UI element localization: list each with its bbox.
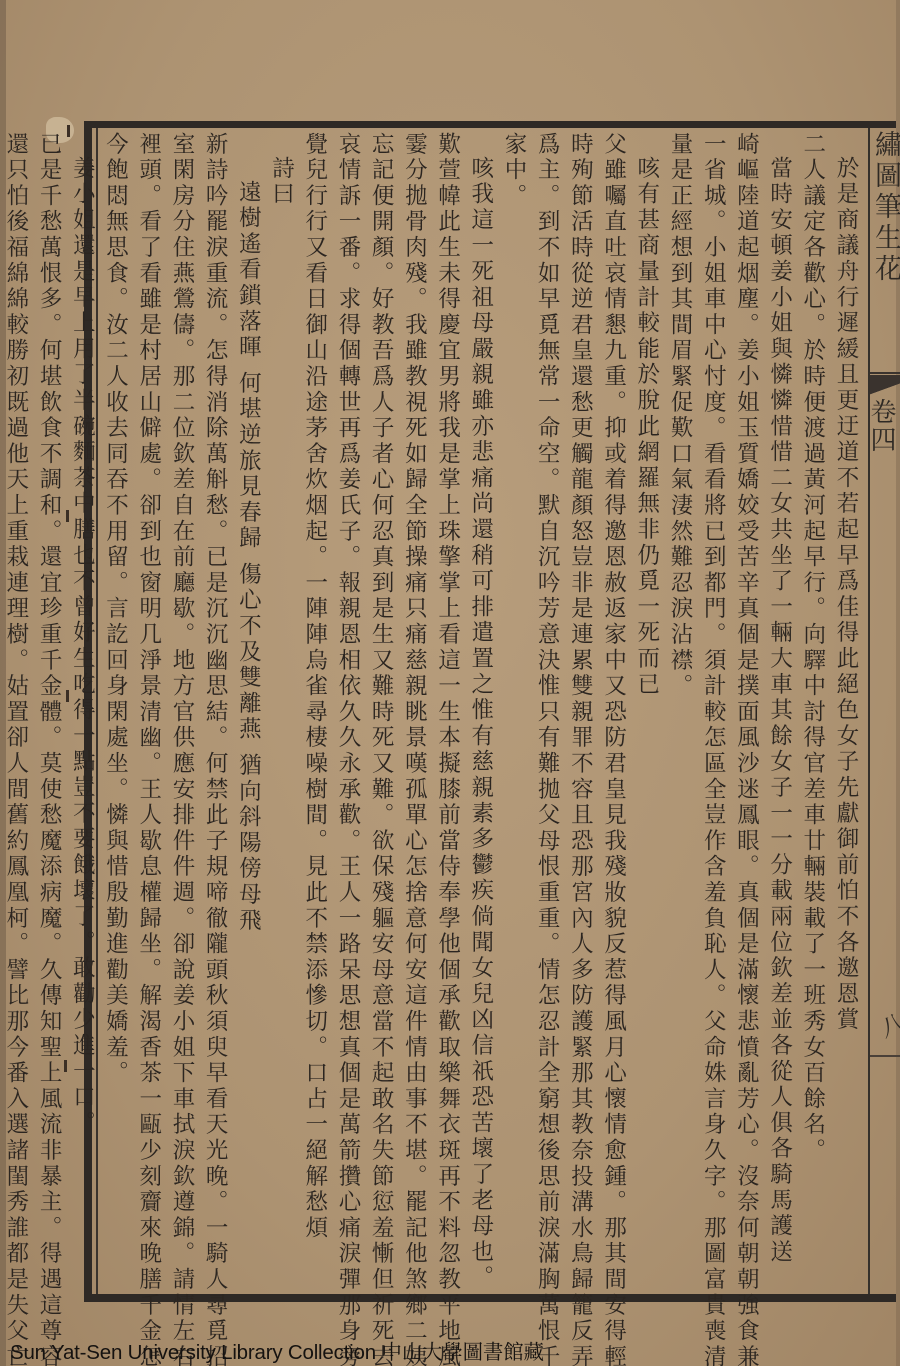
text-column: 一省城。小姐車中心忖度。看看將已到都門。須計較怎區全豈作含羞負恥人。父命姝言身久…	[696, 132, 729, 1297]
library-collection-caption: Sun Yat-Sen University Library Collectio…	[10, 1335, 544, 1365]
text-column: 爲主。到不如早覓無常一命空。默自沉吟芳意決惟只有難拋父母恨重重。情怎忍計全窮想後…	[530, 132, 563, 1297]
text-column: 量是正經想到其間眉緊促歎口氣淒然難忍淚沾襟。	[663, 132, 696, 1297]
banxin-divider	[870, 1055, 900, 1057]
text-column: 二人議定各歡心。於時便渡過黃河起早行。向驛中討得官差車廿輛裝載了一班秀女百餘名。	[796, 132, 829, 1297]
text-column: 覺兒行行又看日御山沿途茅舍炊烟起。一陣陣烏雀尋棲噪樹間。見此不禁添慘切。口占一絕…	[298, 132, 331, 1297]
text-column: 崎嶇陸道起烟塵。姜小姐玉質嬌姣受苦辛真個是撲面風沙迷鳳眼。真個是滿懷悲憤亂芳心。…	[729, 132, 762, 1297]
text-column: 咳我這一死祖母嚴親雖亦悲痛尚還稍可排遣置之惟有慈親素多鬱疾倘聞女兒凶信祇恐苦壞了…	[464, 132, 497, 1297]
text-column: 哀情訴一番。求得個轉世再爲姜氏子。報親恩相依久久永承歡。王人一路呆思想真個是萬箭…	[331, 132, 364, 1297]
text-column: 霎分拋骨肉殘。我雖教視死如歸全節操痛只痛慈親眺景嘆孤單心怎捨意何安這件情由事不堪…	[397, 132, 430, 1297]
text-column: 遠樹遙看鎖落暉 何堪逆旅見春歸 傷心不及雙離燕 猶向斜陽傍母飛	[231, 132, 264, 1297]
main-text-body: 於是商議舟行遲緩且更迂道不若起早爲佳得此絕色女子先獻御前怕不各邀恩賞二人議定各歡…	[100, 132, 862, 1297]
text-column: 已是千愁萬恨多。何堪飲食不調和。還宜珍重千金體。莫使愁魔添病魔。久傳知聖上風流非…	[32, 132, 65, 1297]
fish-tail-line	[870, 372, 900, 374]
text-column: 父雖囑直吐哀情懇九重。抑或着得邀恩赦返家中又恐防君皇見我殘妝貌反惹得風月心懷情愈…	[596, 132, 629, 1297]
text-column: 當時安頓姜小姐與憐憐惜惜二女共坐了一輛大車其餘女子一一分載兩位欽差並各從人俱各騎…	[762, 132, 795, 1297]
volume-label: 卷四	[872, 398, 900, 454]
book-title: 繡圖筆生花	[870, 130, 900, 285]
text-column: 忘記便開顏。好教吾爲人子者心何忍真到是生又難時死又難。欲保殘軀安母意當不起敢名失…	[364, 132, 397, 1297]
text-column: 今飽悶無思食。汝二人收去同吞不用留。言訖回身閑處坐。憐與惜殷勤進勸美嬌羞。	[98, 132, 131, 1297]
text-column: 時殉節活時從逆君皇還愁更觸龍顏怒豈非是連累雙親罪不容且恐那宮內人多防護緊那其教奈…	[563, 132, 596, 1297]
text-column: 姜小姐還是早上用了半碗麵茶中膳也不曾好生吃得一點豈不要餓壞了。敢勸少進一口。	[65, 132, 98, 1297]
text-column: 於是商議舟行遲緩且更迂道不若起早爲佳得此絕色女子先獻御前怕不各邀恩賞	[829, 132, 862, 1297]
text-column: 咳有甚商量計較能於脫此網羅無非仍覓一死而已	[630, 132, 663, 1297]
text-column: 新詩吟罷淚重流。怎得消除萬斛愁。已是沉沉幽思結。何禁此子規啼徹隴頭秋須臾早看天光…	[198, 132, 231, 1297]
text-column: 室閑房分住燕鶯儔。那二位欽差自在前廳歇。地方官供應安排件件週。卻說姜小姐下車拭淚…	[165, 132, 198, 1297]
text-column: 還只怕後福綿綿較勝初既過他天上重栽連理樹。姑置卻人間舊約鳳凰柯。譬比那今番入選諸…	[0, 132, 32, 1297]
text-column: 歎萱幃此生未得慶宜男將我是掌上珠擎掌上看這一生本擬膝前當侍奉學他個承歡取樂舞衣斑…	[430, 132, 463, 1297]
text-column: 詩曰	[264, 132, 297, 1297]
fish-tail-ornament	[870, 375, 900, 399]
banxin-border-line	[868, 128, 870, 1294]
text-column: 裡頭。看了看雖是村居山僻處。卻到也窗明几淨景清幽。王人歇息權歸坐。解渴香茶一甌少…	[132, 132, 165, 1297]
text-column: 家中。	[497, 132, 530, 1297]
scanned-book-page: 於是商議舟行遲緩且更迂道不若起早爲佳得此絕色女子先獻御前怕不各邀恩賞二人議定各歡…	[0, 0, 900, 1366]
